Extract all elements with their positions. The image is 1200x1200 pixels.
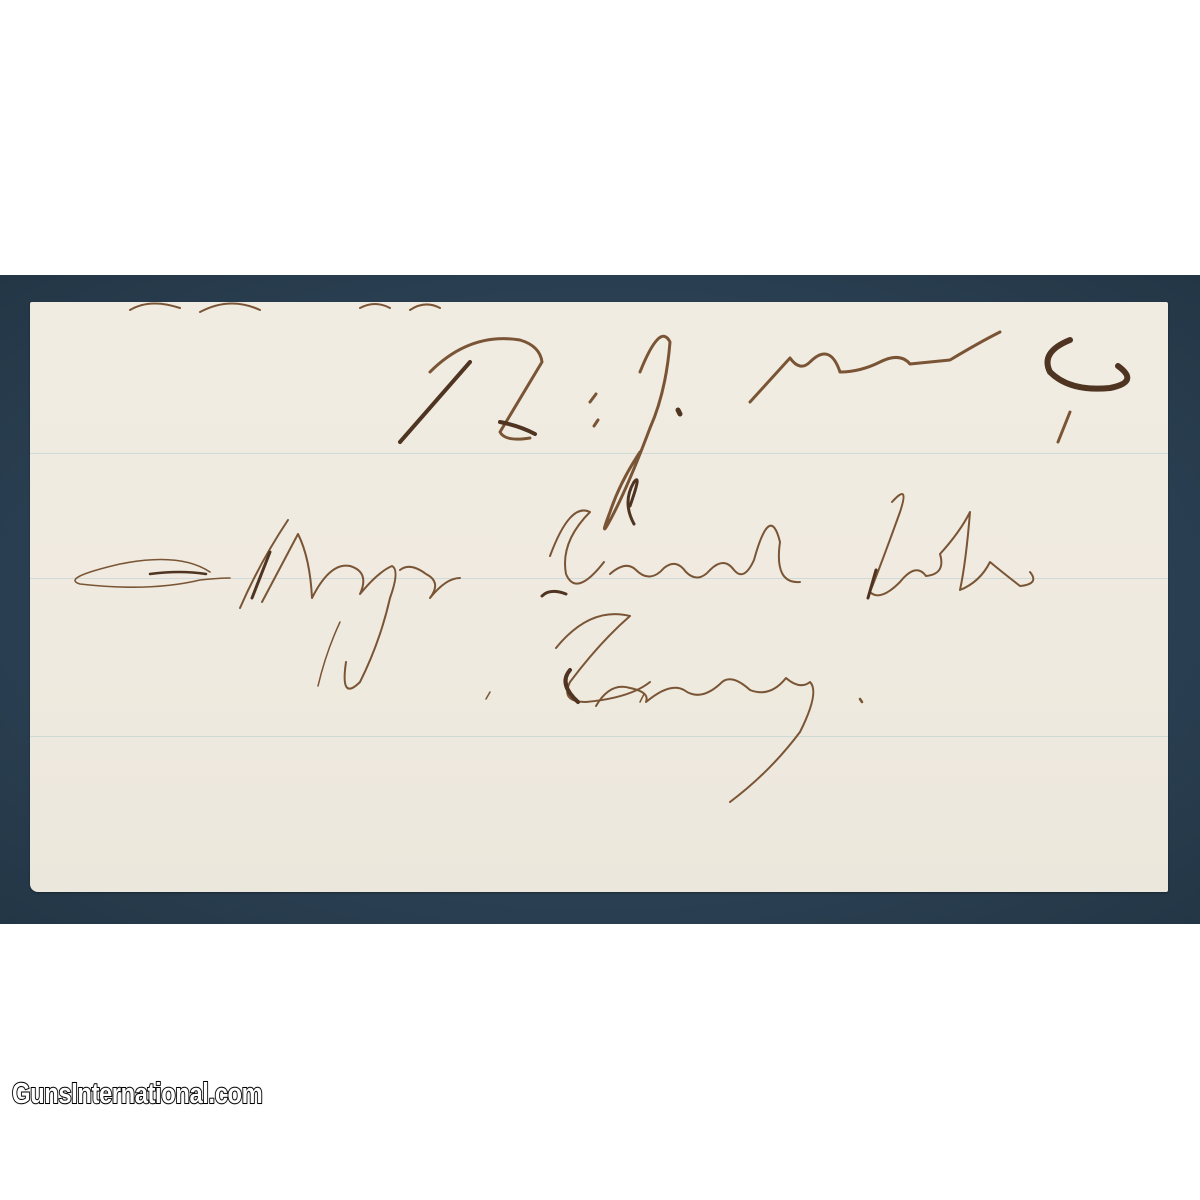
watermark-text: GunsInternational.com: [12, 1078, 262, 1111]
handwriting-ink: [30, 302, 1168, 892]
autograph-card: (partial, cut off at top edge) Th. J. Wo…: [30, 302, 1168, 892]
